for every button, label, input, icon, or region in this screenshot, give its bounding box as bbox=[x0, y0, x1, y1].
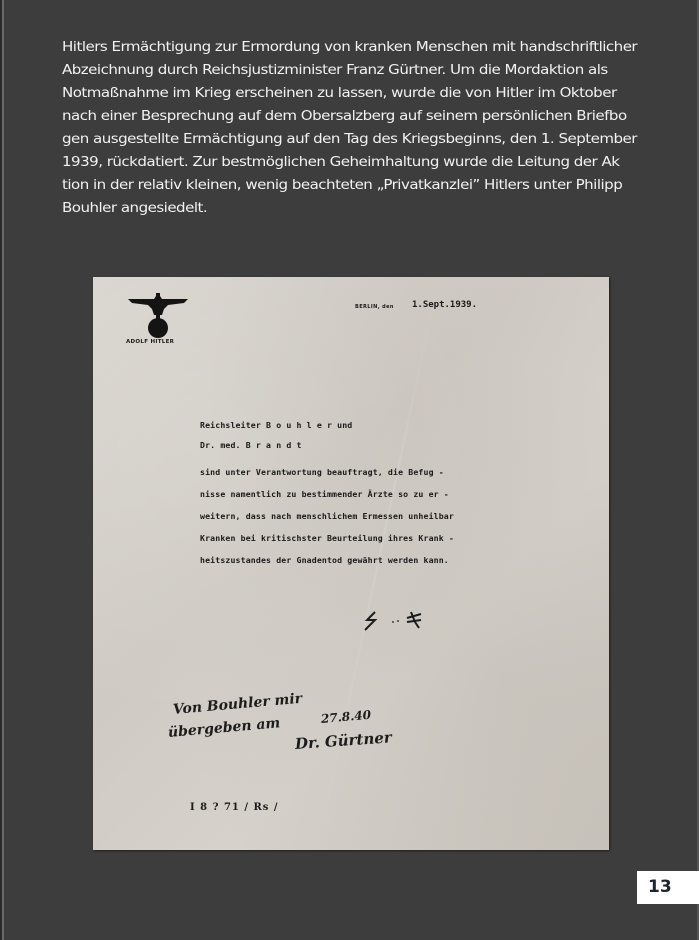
addressee-line: Dr. med. B r a n d t bbox=[200, 440, 302, 450]
letter-body-line: weitern, dass nach menschlichem Ermessen… bbox=[200, 511, 454, 521]
eagle-emblem-icon bbox=[126, 293, 190, 341]
signature-mark bbox=[363, 608, 433, 632]
letter-date: 1.Sept.1939. bbox=[412, 300, 477, 310]
intro-line: Notmaßnahme im Krieg erscheinen zu lasse… bbox=[62, 82, 536, 105]
letter-body-line: nisse namentlich zu bestimmender Ärzte s… bbox=[200, 489, 449, 499]
intro-paragraph: Hitlers Ermächtigung zur Ermordung von k… bbox=[62, 36, 536, 220]
page-number: 13 bbox=[637, 871, 699, 904]
intro-line: nach einer Besprechung auf dem Obersalzb… bbox=[62, 105, 536, 128]
handwritten-note-date: 27.8.40 bbox=[320, 708, 371, 726]
addressee-line: Reichsleiter B o u h l e r und bbox=[200, 420, 352, 430]
letterhead-name: ADOLF HITLER bbox=[126, 339, 174, 345]
intro-line: 1939, rückdatiert. Zur bestmöglichen Geh… bbox=[62, 151, 536, 174]
handwritten-note-line: übergeben am bbox=[167, 715, 281, 741]
handwritten-signature: Dr. Gürtner bbox=[294, 728, 392, 753]
letter-body-line: Kranken bei kritischster Beurteilung ihr… bbox=[200, 533, 454, 543]
intro-line: Bouhler angesiedelt. bbox=[62, 197, 536, 220]
letter-body-line: heitszustandes der Gnadentod gewährt wer… bbox=[200, 555, 449, 565]
letter-place: BERLIN, den bbox=[355, 304, 394, 310]
document-photo: ADOLF HITLER BERLIN, den 1.Sept.1939. Re… bbox=[93, 277, 609, 850]
intro-line: Hitlers Ermächtigung zur Ermordung von k… bbox=[62, 36, 536, 59]
intro-line: Abzeichnung durch Reichsjustizminister F… bbox=[62, 59, 536, 82]
intro-line: tion in der relativ kleinen, wenig beach… bbox=[62, 174, 536, 197]
page-gutter-line bbox=[2, 0, 4, 940]
handwritten-note-line: Von Bouhler mir bbox=[172, 691, 302, 718]
letter-body-line: sind unter Verantwortung beauftragt, die… bbox=[200, 467, 444, 477]
file-mark: I 8 ? 71 / Rs / bbox=[190, 802, 279, 813]
intro-line: gen ausgestellte Ermächtigung auf den Ta… bbox=[62, 128, 536, 151]
